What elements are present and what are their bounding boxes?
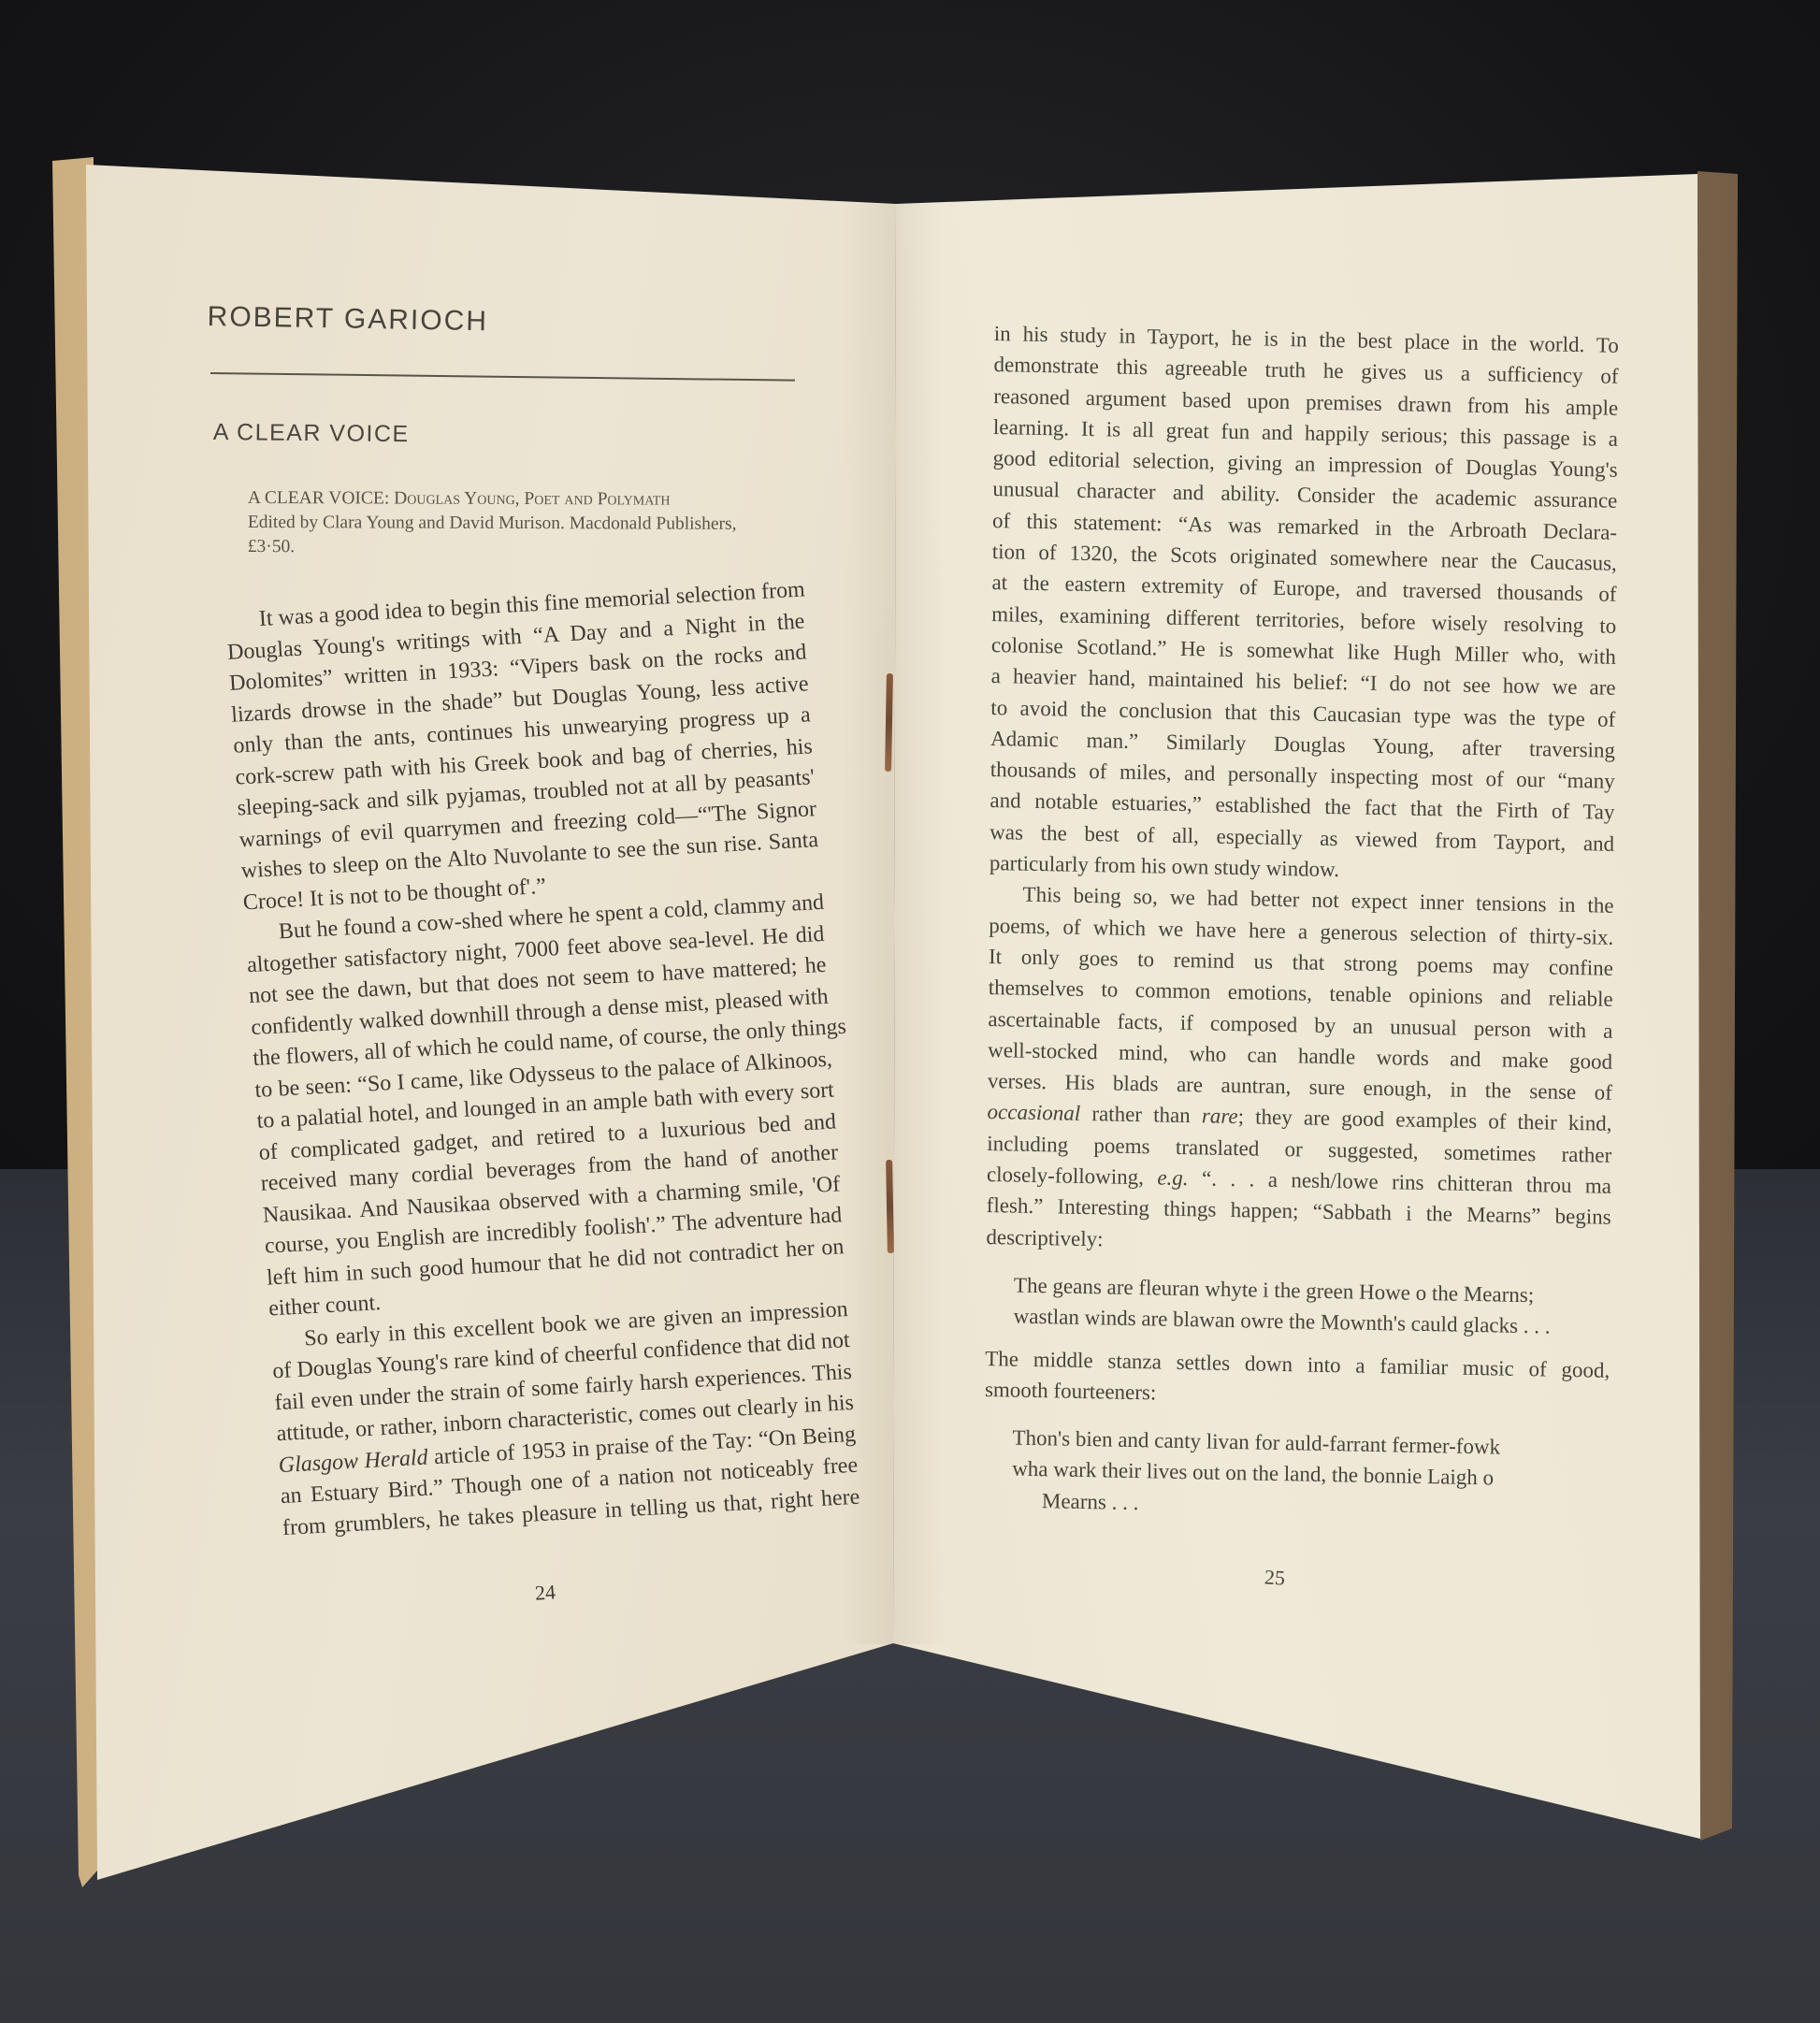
- article-title: A CLEAR VOICE: [213, 419, 410, 448]
- editors-line: Edited by Clara Young and David Murison.…: [248, 513, 737, 534]
- poem-quote: The geans are fleuran whyte i the green …: [986, 1269, 1611, 1343]
- author-heading: ROBERT GARIOCH: [207, 301, 488, 338]
- book-title: A CLEAR VOICE:: [248, 488, 389, 509]
- page-number-left: 24: [534, 1580, 556, 1605]
- book-subtitle: Douglas Young, Poet and Polymath: [394, 489, 670, 510]
- right-body-text: in his study in Tayport, he is in the be…: [984, 318, 1619, 1539]
- bibliographic-entry: A CLEAR VOICE: Douglas Young, Poet and P…: [248, 486, 809, 561]
- left-body-text: It was a good idea to begin this fine me…: [224, 575, 860, 1544]
- page-number-right: 25: [1264, 1565, 1285, 1590]
- poem-quote: Thon's bien and canty livan for auld-far…: [984, 1422, 1610, 1527]
- price: £3·50.: [248, 537, 295, 556]
